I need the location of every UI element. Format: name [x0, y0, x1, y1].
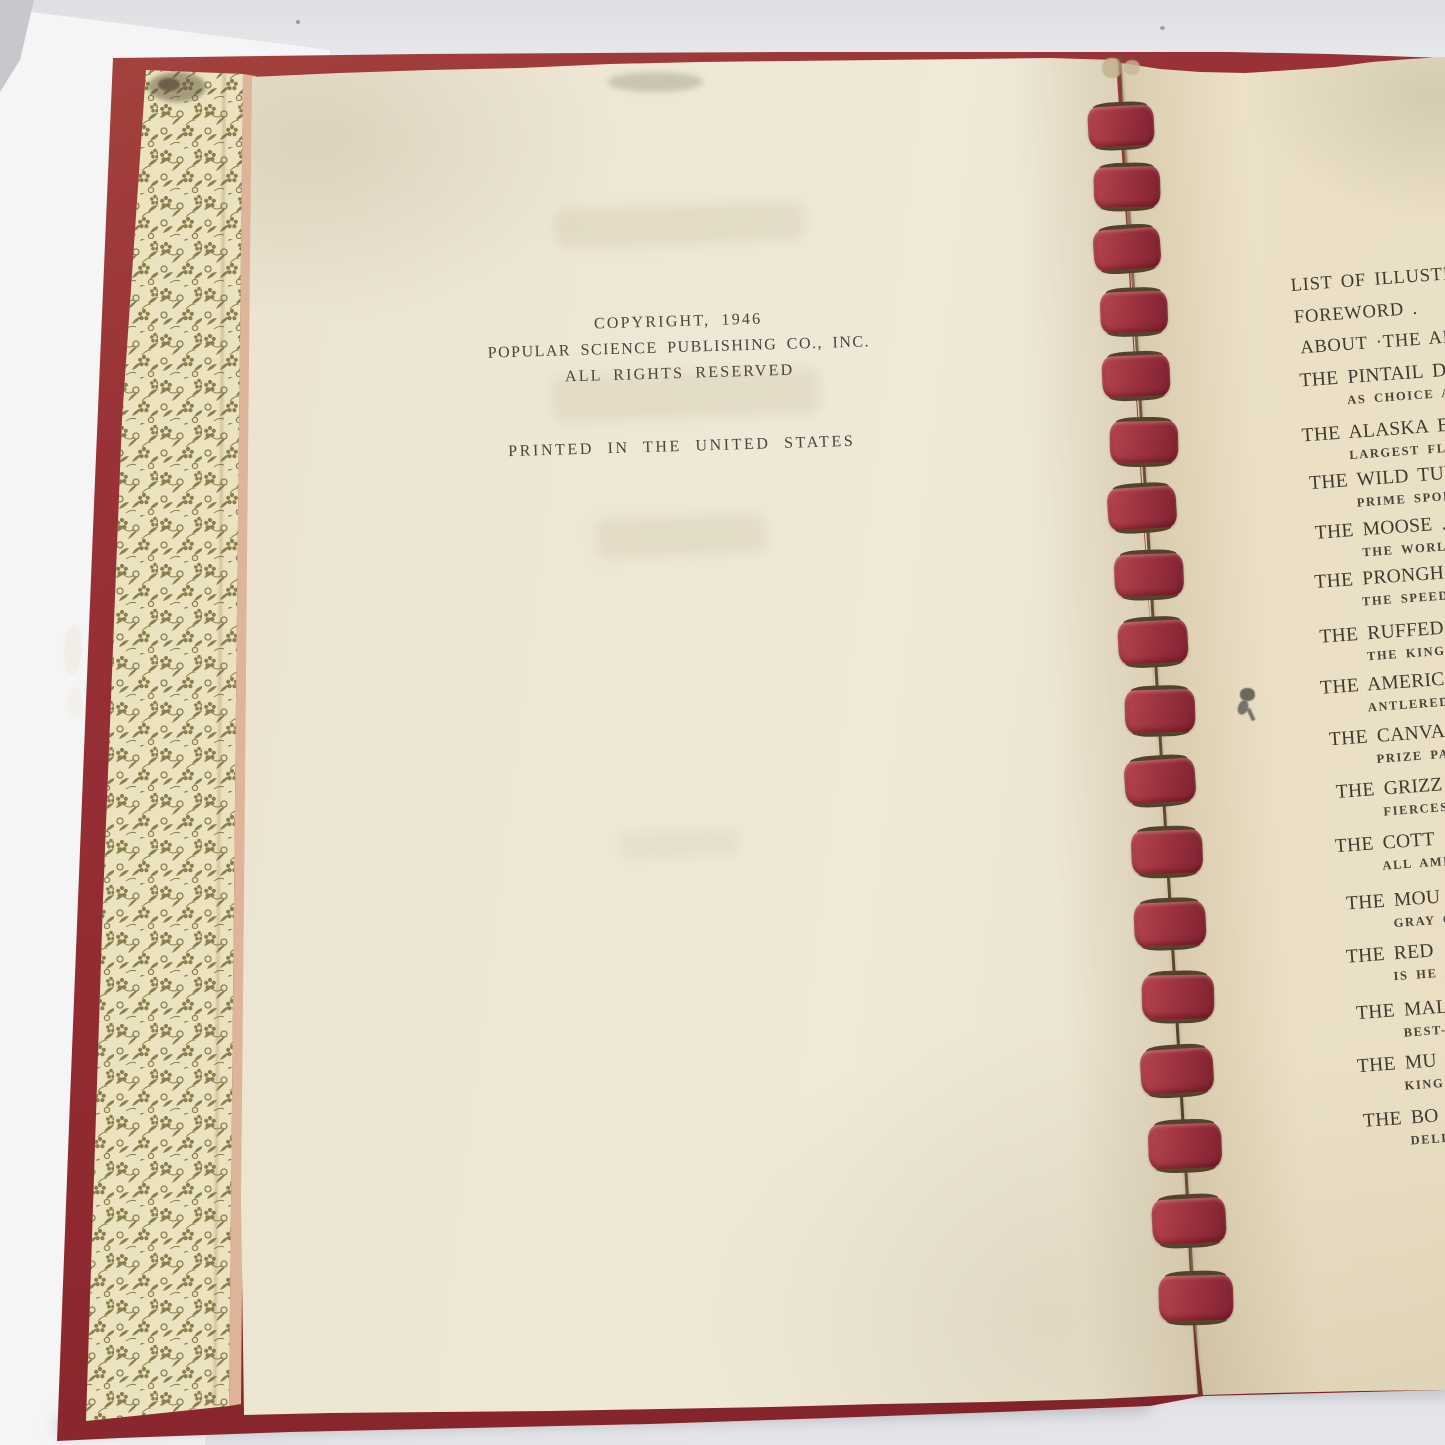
ribbon-band [1158, 1274, 1234, 1321]
binding-ribbon [1151, 1192, 1228, 1250]
ribbon-band [1109, 420, 1178, 463]
toc-front-matter-line: FOREWORD . [1293, 299, 1418, 329]
binding-ribbon [1124, 685, 1196, 738]
binding-ribbon [1109, 416, 1178, 467]
binding-ribbon [1139, 1042, 1215, 1099]
ribbon-band [1092, 227, 1162, 272]
ribbon-band [1142, 974, 1215, 1019]
ribbon-band [1087, 104, 1155, 147]
toc-entry-subtitle: THE WORLD’S [1362, 537, 1445, 560]
binding-ribbons [0, 0, 1445, 1445]
ribbon-band [1131, 829, 1204, 875]
binding-ribbon [1092, 223, 1162, 276]
binding-ribbon [1133, 896, 1207, 951]
toc-entry-title: THE BO [1362, 1105, 1439, 1132]
toc-entry-subtitle: GRAY GH [1393, 911, 1445, 931]
binding-ribbon [1142, 970, 1215, 1024]
ribbon-band [1114, 552, 1185, 596]
toc-entry-title: THE MU [1356, 1050, 1437, 1078]
binding-ribbon [1147, 1118, 1222, 1174]
binding-ribbon [1123, 753, 1197, 809]
toc-entry-subtitle: IS HE A [1393, 965, 1445, 984]
ribbon-band [1093, 166, 1160, 208]
toc-entry-title: THE COTT [1334, 829, 1435, 858]
ribbon-band [1147, 1122, 1222, 1169]
toc-entry-subtitle: KING O [1404, 1074, 1445, 1093]
binding-ribbon [1106, 480, 1178, 534]
ribbon-band [1099, 291, 1168, 334]
ribbon-band [1106, 485, 1177, 531]
toc-entry-subtitle: PRIZE PACK [1376, 745, 1445, 767]
binding-ribbon [1101, 350, 1171, 402]
ribbon-band [1133, 901, 1207, 948]
copyright-block: COPYRIGHT, 1946 POPULAR SCIENCE PUBLISHI… [426, 307, 934, 464]
surface-speck [296, 20, 300, 24]
toc-entry-subtitle: DELIGH [1410, 1129, 1445, 1148]
toc-entry-title: THE MAL [1355, 996, 1445, 1025]
toc-entry-title: THE MOU [1345, 887, 1441, 916]
binding-ribbon [1087, 100, 1155, 151]
toc-entry-subtitle: ANTLERED M [1367, 693, 1445, 716]
toc-entry-subtitle: ALL AMER [1382, 853, 1445, 874]
ribbon-band [1117, 620, 1189, 666]
toc-entry-subtitle: FIERCEST O [1383, 798, 1445, 820]
toc-entry-subtitle: BEST-LO [1403, 1021, 1445, 1041]
binding-ribbon [1114, 548, 1185, 601]
binding-ribbon [1158, 1270, 1234, 1326]
ribbon-band [1124, 689, 1195, 733]
photo-scene: COPYRIGHT, 1946 POPULAR SCIENCE PUBLISHI… [0, 0, 1445, 1445]
copyright-line-2: POPULAR SCIENCE PUBLISHING CO., INC. [427, 333, 931, 364]
binding-ribbon [1131, 825, 1204, 879]
ribbon-band [1151, 1197, 1227, 1246]
toc-entry-title: THE CANVA [1328, 721, 1445, 751]
toc-entry-subtitle: THE SPEED KI [1362, 586, 1445, 609]
ribbon-band [1101, 354, 1171, 398]
surface-speck [1160, 26, 1165, 30]
toc-entry-subtitle: THE KING OF [1367, 642, 1445, 665]
toc-entry-title: THE RED [1345, 940, 1434, 968]
binding-ribbon [1117, 615, 1189, 669]
ribbon-band [1139, 1046, 1214, 1095]
binding-ribbon [1099, 287, 1168, 338]
copyright-line-3: ALL RIGHTS RESERVED [428, 359, 932, 390]
ribbon-band [1123, 757, 1197, 805]
toc-front-matter-line: ABOUT ·THE AR [1300, 327, 1445, 359]
toc-entry-title: THE GRIZZ [1335, 774, 1443, 804]
binding-ribbon [1093, 162, 1161, 212]
